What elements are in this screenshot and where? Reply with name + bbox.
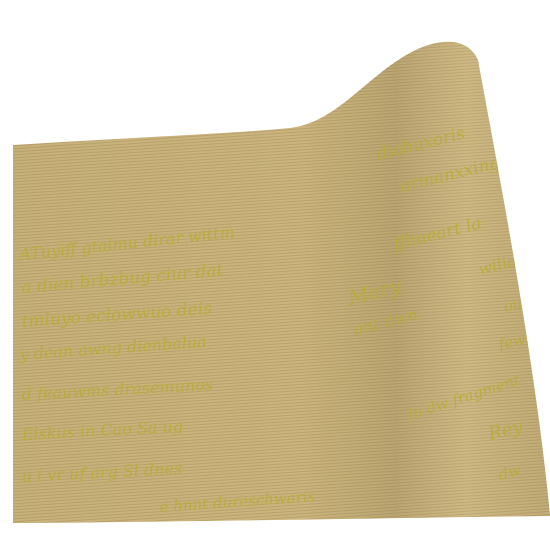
product-photo: diabuxorisarmanxxingATuyiff gtaimu dirar… — [0, 0, 550, 550]
kraft-paper-roll: diabuxorisarmanxxingATuyiff gtaimu dirar… — [0, 0, 550, 550]
